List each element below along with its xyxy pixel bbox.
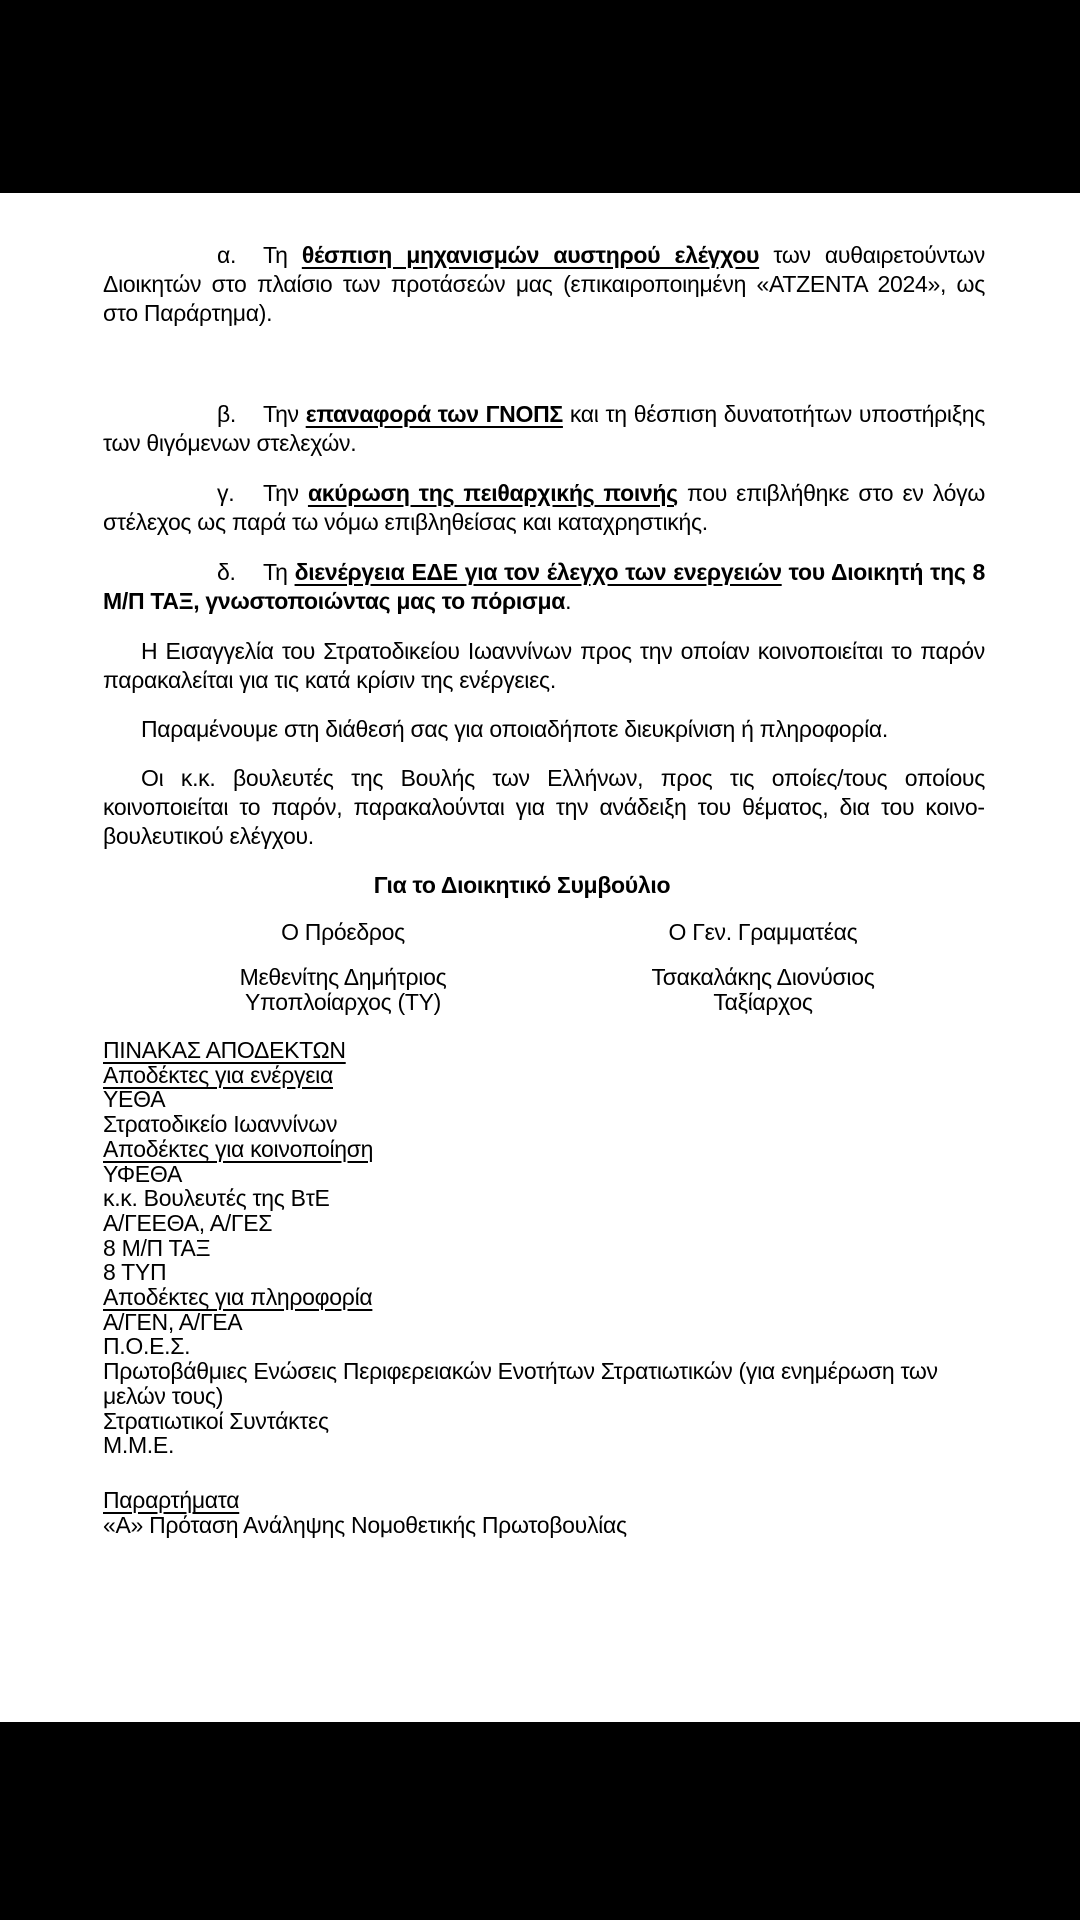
text-segment: Τη — [263, 242, 302, 268]
text-segment: Οι κ.κ. βουλευτές της Βουλής των Ελλήνων… — [103, 765, 985, 849]
distribution-item: Αποδέκτες για ενέργεια — [103, 1063, 985, 1088]
signature-secretary-name: Τσακαλάκης Διονύσιος — [583, 965, 943, 990]
paragraph-availability-text: Παραμένουμε στη διάθεσή σας για οποιαδήπ… — [141, 716, 888, 742]
text-segment: ακύρωση της πειθαρχικής ποινής — [308, 480, 678, 506]
text-segment: Την — [263, 401, 306, 427]
paragraph-availability: Παραμένουμε στη διάθεσή σας για οποιαδήπ… — [103, 715, 985, 744]
document-page: α.Τη θέσπιση μηχανισμών αυστηρού ελέγχου… — [0, 193, 1080, 1722]
signature-secretary: Ο Γεν. Γραμματέας Τσακαλάκης Διονύσιος Τ… — [583, 918, 943, 1015]
paragraph-c: γ.Την ακύρωση της πειθαρχικής ποινής που… — [103, 479, 985, 537]
text-segment: Τη — [263, 559, 295, 585]
signature-secretary-title: Ο Γεν. Γραμματέας — [583, 918, 943, 947]
paragraph-d: δ.Τη διενέργεια ΕΔΕ για τον έλεγχο των ε… — [103, 558, 985, 616]
signature-heading: Για το Διοικητικό Συμβούλιο — [103, 871, 985, 900]
annex-item: «Α» Πρόταση Ανάληψης Νομοθετικής Πρωτοβο… — [103, 1513, 985, 1538]
distribution-item: 8 Μ/Π ΤΑΞ — [103, 1236, 985, 1261]
distribution-item: Αποδέκτες για πληροφορία — [103, 1285, 985, 1310]
distribution-item: Αποδέκτες για κοινοποίηση — [103, 1137, 985, 1162]
paragraph-b-letter: β. — [217, 400, 263, 429]
text-segment: Την — [263, 480, 308, 506]
distribution-item: Πρωτοβάθμιες Ενώσεις Περιφερειακών Ενοτή… — [103, 1359, 985, 1408]
distribution-item: Στρατοδικείο Ιωαννίνων — [103, 1112, 985, 1137]
letterbox-top — [0, 0, 1080, 193]
paragraph-b: β.Την επαναφορά των ΓΝΟΠΣ και τη θέσπιση… — [103, 400, 985, 458]
signature-president-title: Ο Πρόεδρος — [103, 918, 583, 947]
text-segment: . — [565, 588, 571, 614]
signature-president: Ο Πρόεδρος Μεθενίτης Δημήτριος Υποπλοίαρ… — [103, 918, 583, 1015]
annex-list: Παραρτήματα«Α» Πρόταση Ανάληψης Νομοθετι… — [103, 1488, 985, 1537]
signature-secretary-rank: Ταξίαρχος — [583, 990, 943, 1015]
distribution-item: ΥΦΕΘΑ — [103, 1162, 985, 1187]
document-content: α.Τη θέσπιση μηχανισμών αυστηρού ελέγχου… — [103, 241, 985, 1537]
text-segment: Παραμένουμε στη διάθεσή σας για οποιαδήπ… — [141, 716, 888, 742]
text-segment: Η Εισαγγελία του Στρατοδικείου Ιωαννίνων… — [103, 638, 985, 693]
paragraph-parliament-text: Οι κ.κ. βουλευτές της Βουλής των Ελλήνων… — [103, 765, 985, 849]
paragraph-a: α.Τη θέσπιση μηχανισμών αυστηρού ελέγχου… — [103, 241, 985, 328]
signature-president-name: Μεθενίτης Δημήτριος — [103, 965, 583, 990]
annex-item: Παραρτήματα — [103, 1488, 985, 1513]
distribution-item: ΥΕΘΑ — [103, 1087, 985, 1112]
letterbox-bottom — [0, 1722, 1080, 1920]
distribution-list: ΠΙΝΑΚΑΣ ΑΠΟΔΕΚΤΩΝΑποδέκτες για ενέργειαΥ… — [103, 1038, 985, 1458]
paragraph-parliament: Οι κ.κ. βουλευτές της Βουλής των Ελλήνων… — [103, 764, 985, 851]
distribution-item: ΠΙΝΑΚΑΣ ΑΠΟΔΕΚΤΩΝ — [103, 1038, 985, 1063]
signature-block: Ο Πρόεδρος Μεθενίτης Δημήτριος Υποπλοίαρ… — [103, 918, 985, 1015]
screen: { "page": { "background_color": "#000000… — [0, 0, 1080, 1920]
text-segment: διενέργεια ΕΔΕ για τον έλεγχο των ενεργε… — [295, 559, 782, 585]
distribution-item: Π.Ο.Ε.Σ. — [103, 1334, 985, 1359]
paragraph-prosecutor-text: Η Εισαγγελία του Στρατοδικείου Ιωαννίνων… — [103, 638, 985, 693]
paragraph-d-letter: δ. — [217, 558, 263, 587]
text-segment: επαναφορά των ΓΝΟΠΣ — [306, 401, 563, 427]
distribution-item: Α/ΓΕΕΘΑ, Α/ΓΕΣ — [103, 1211, 985, 1236]
paragraph-a-letter: α. — [217, 241, 263, 270]
distribution-item: 8 ΤΥΠ — [103, 1260, 985, 1285]
distribution-item: κ.κ. Βουλευτές της ΒτΕ — [103, 1186, 985, 1211]
distribution-item: Μ.Μ.Ε. — [103, 1433, 985, 1458]
text-segment: θέσπιση μηχανισμών αυστηρού ελέγχου — [302, 242, 759, 268]
distribution-item: Α/ΓΕΝ, Α/ΓΕΑ — [103, 1310, 985, 1335]
distribution-item: Στρατιωτικοί Συντάκτες — [103, 1409, 985, 1434]
paragraph-prosecutor: Η Εισαγγελία του Στρατοδικείου Ιωαννίνων… — [103, 637, 985, 695]
signature-president-rank: Υποπλοίαρχος (ΤΥ) — [103, 990, 583, 1015]
paragraph-c-letter: γ. — [217, 479, 263, 508]
